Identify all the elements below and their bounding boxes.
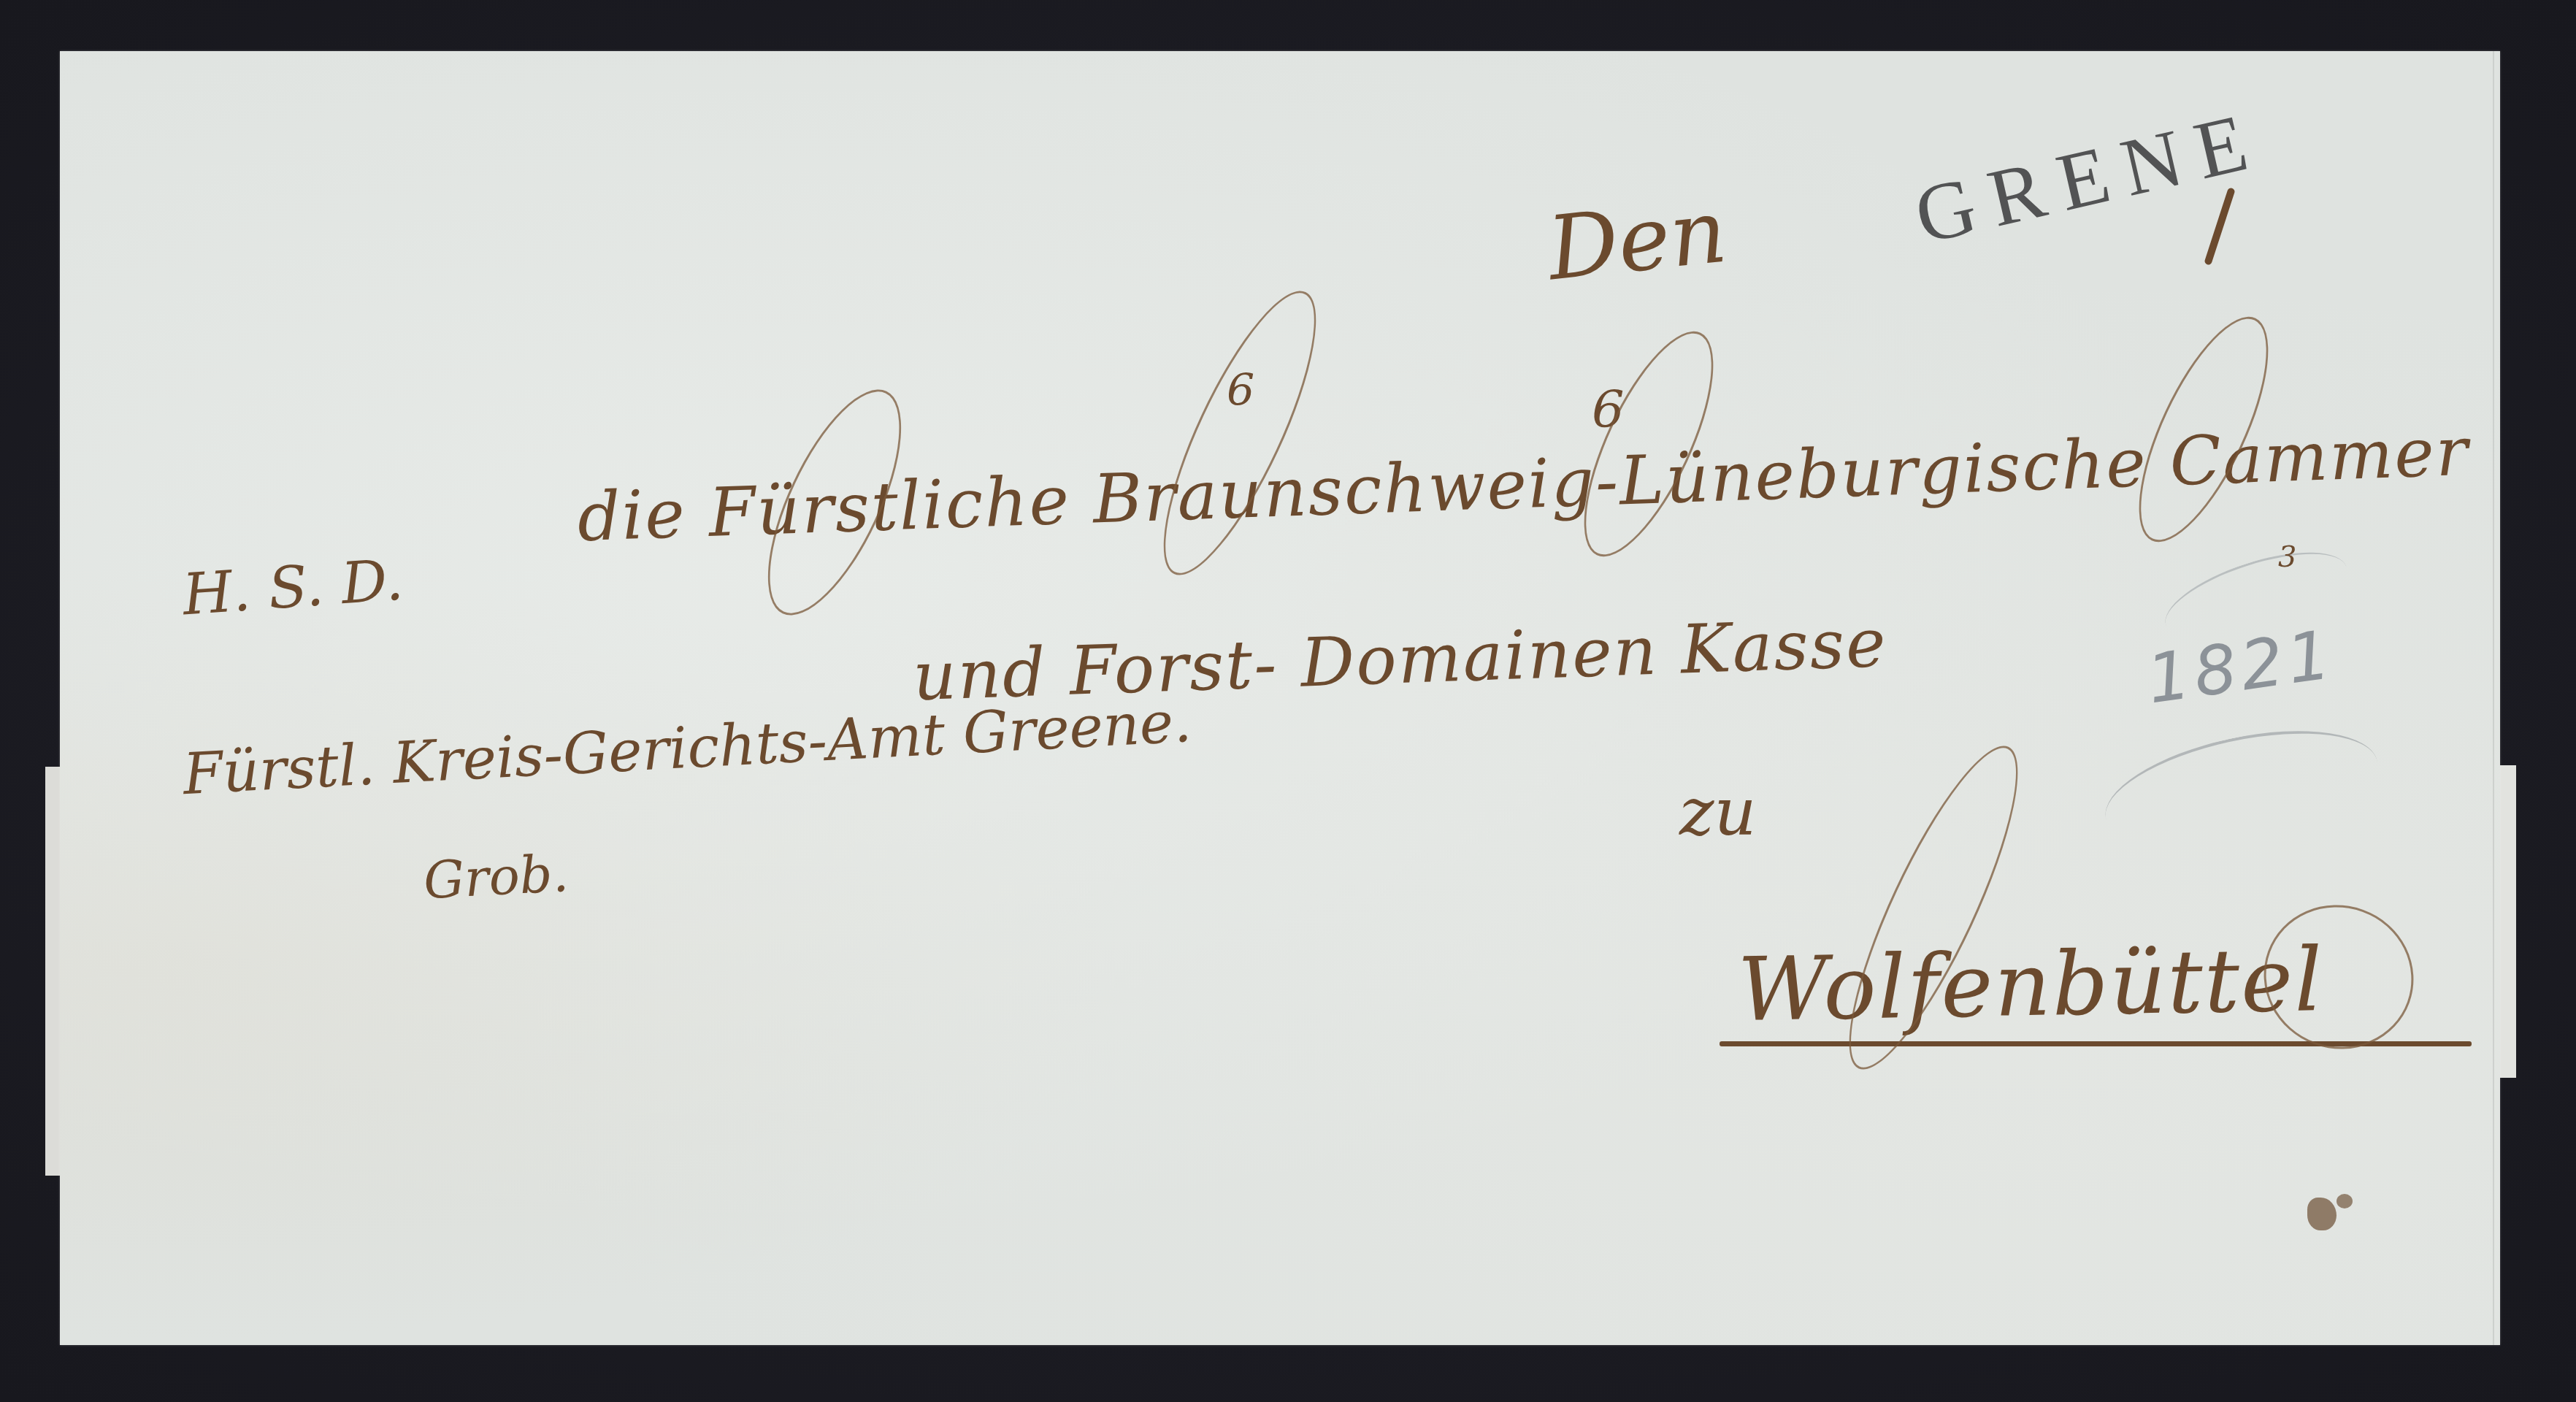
- ink-blot: [2307, 1198, 2337, 1230]
- ink-blot: [2337, 1194, 2353, 1208]
- rate-mark: 3: [2278, 540, 2296, 574]
- fold-line: [2493, 51, 2494, 1345]
- address-destination: Wolfenbüttel: [1737, 930, 2325, 1041]
- address-preposition: zu: [1679, 774, 1756, 851]
- sender-line-3: Grob.: [422, 843, 570, 911]
- address-salutation: Den: [1543, 181, 1731, 301]
